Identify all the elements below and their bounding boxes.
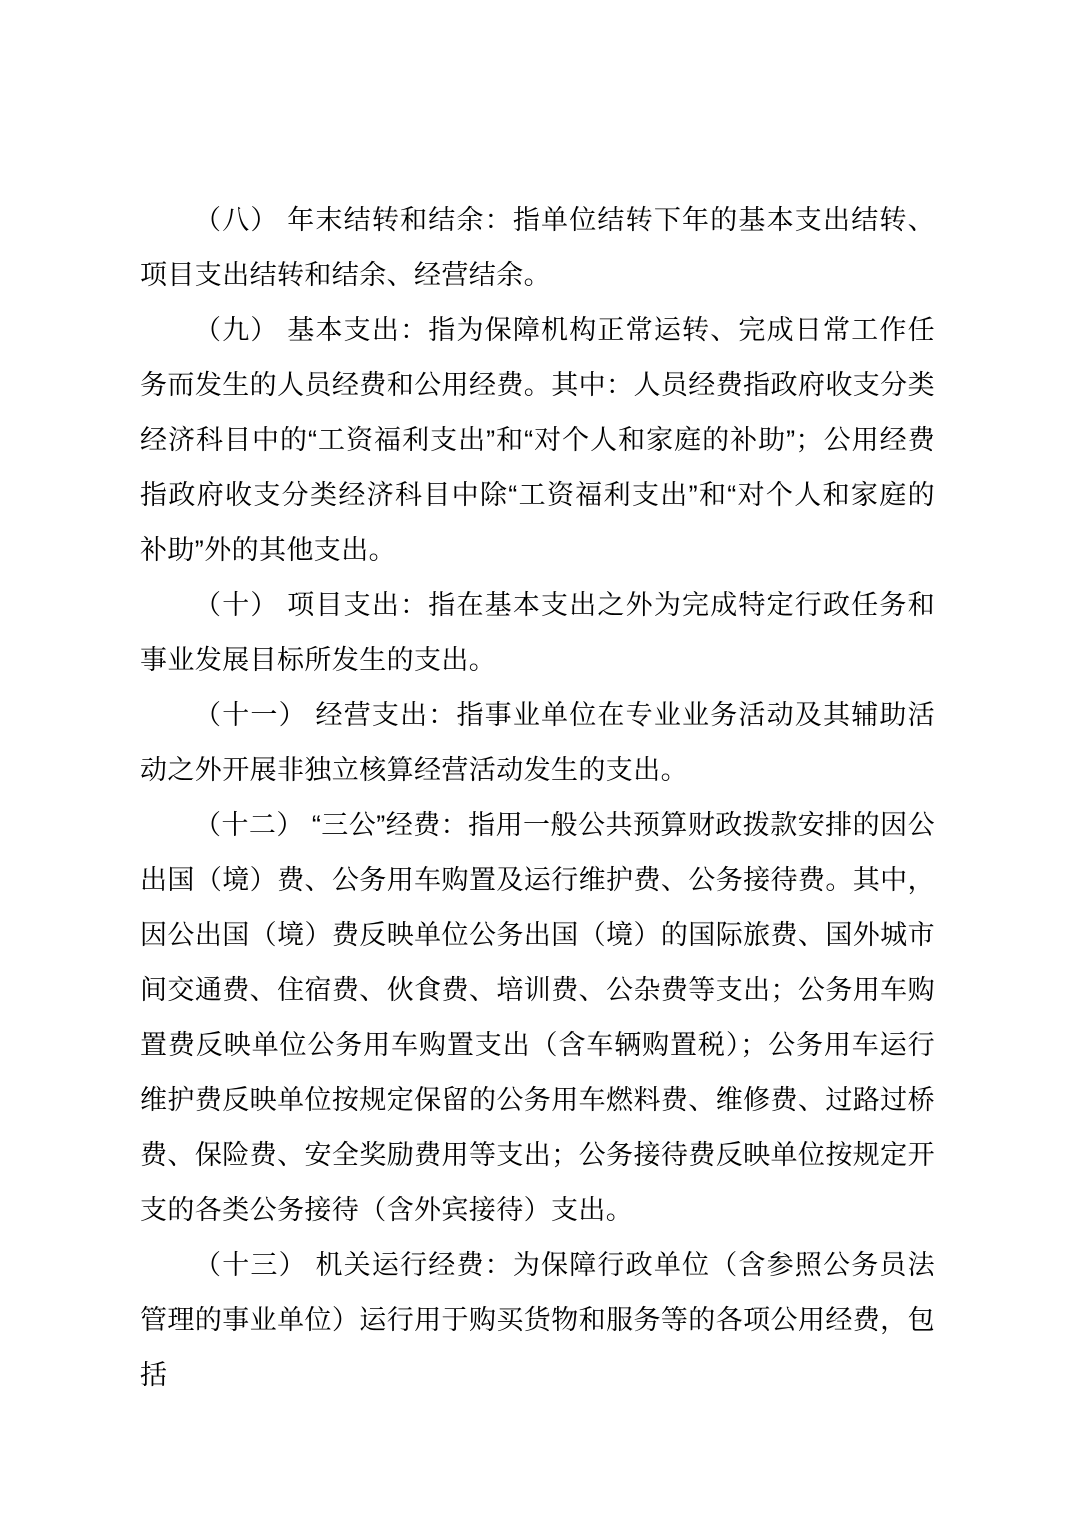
paragraph-item-10: （十） 项目支出：指在基本支出之外为完成特定行政任务和事业发展目标所发生的支出。 [140, 578, 935, 688]
document-page: （八） 年末结转和结余：指单位结转下年的基本支出结转、项目支出结转和结余、经营结… [0, 0, 1075, 1521]
document-body: （八） 年末结转和结余：指单位结转下年的基本支出结转、项目支出结转和结余、经营结… [140, 193, 935, 1403]
paragraph-item-11: （十一） 经营支出：指事业单位在专业业务活动及其辅助活动之外开展非独立核算经营活… [140, 688, 935, 798]
paragraph-item-9: （九） 基本支出：指为保障机构正常运转、完成日常工作任务而发生的人员经费和公用经… [140, 303, 935, 578]
paragraph-item-12: （十二） “三公”经费：指用一般公共预算财政拨款安排的因公出国（境）费、公务用车… [140, 798, 935, 1238]
paragraph-item-8: （八） 年末结转和结余：指单位结转下年的基本支出结转、项目支出结转和结余、经营结… [140, 193, 935, 303]
paragraph-item-13: （十三） 机关运行经费：为保障行政单位（含参照公务员法管理的事业单位）运行用于购… [140, 1238, 935, 1403]
